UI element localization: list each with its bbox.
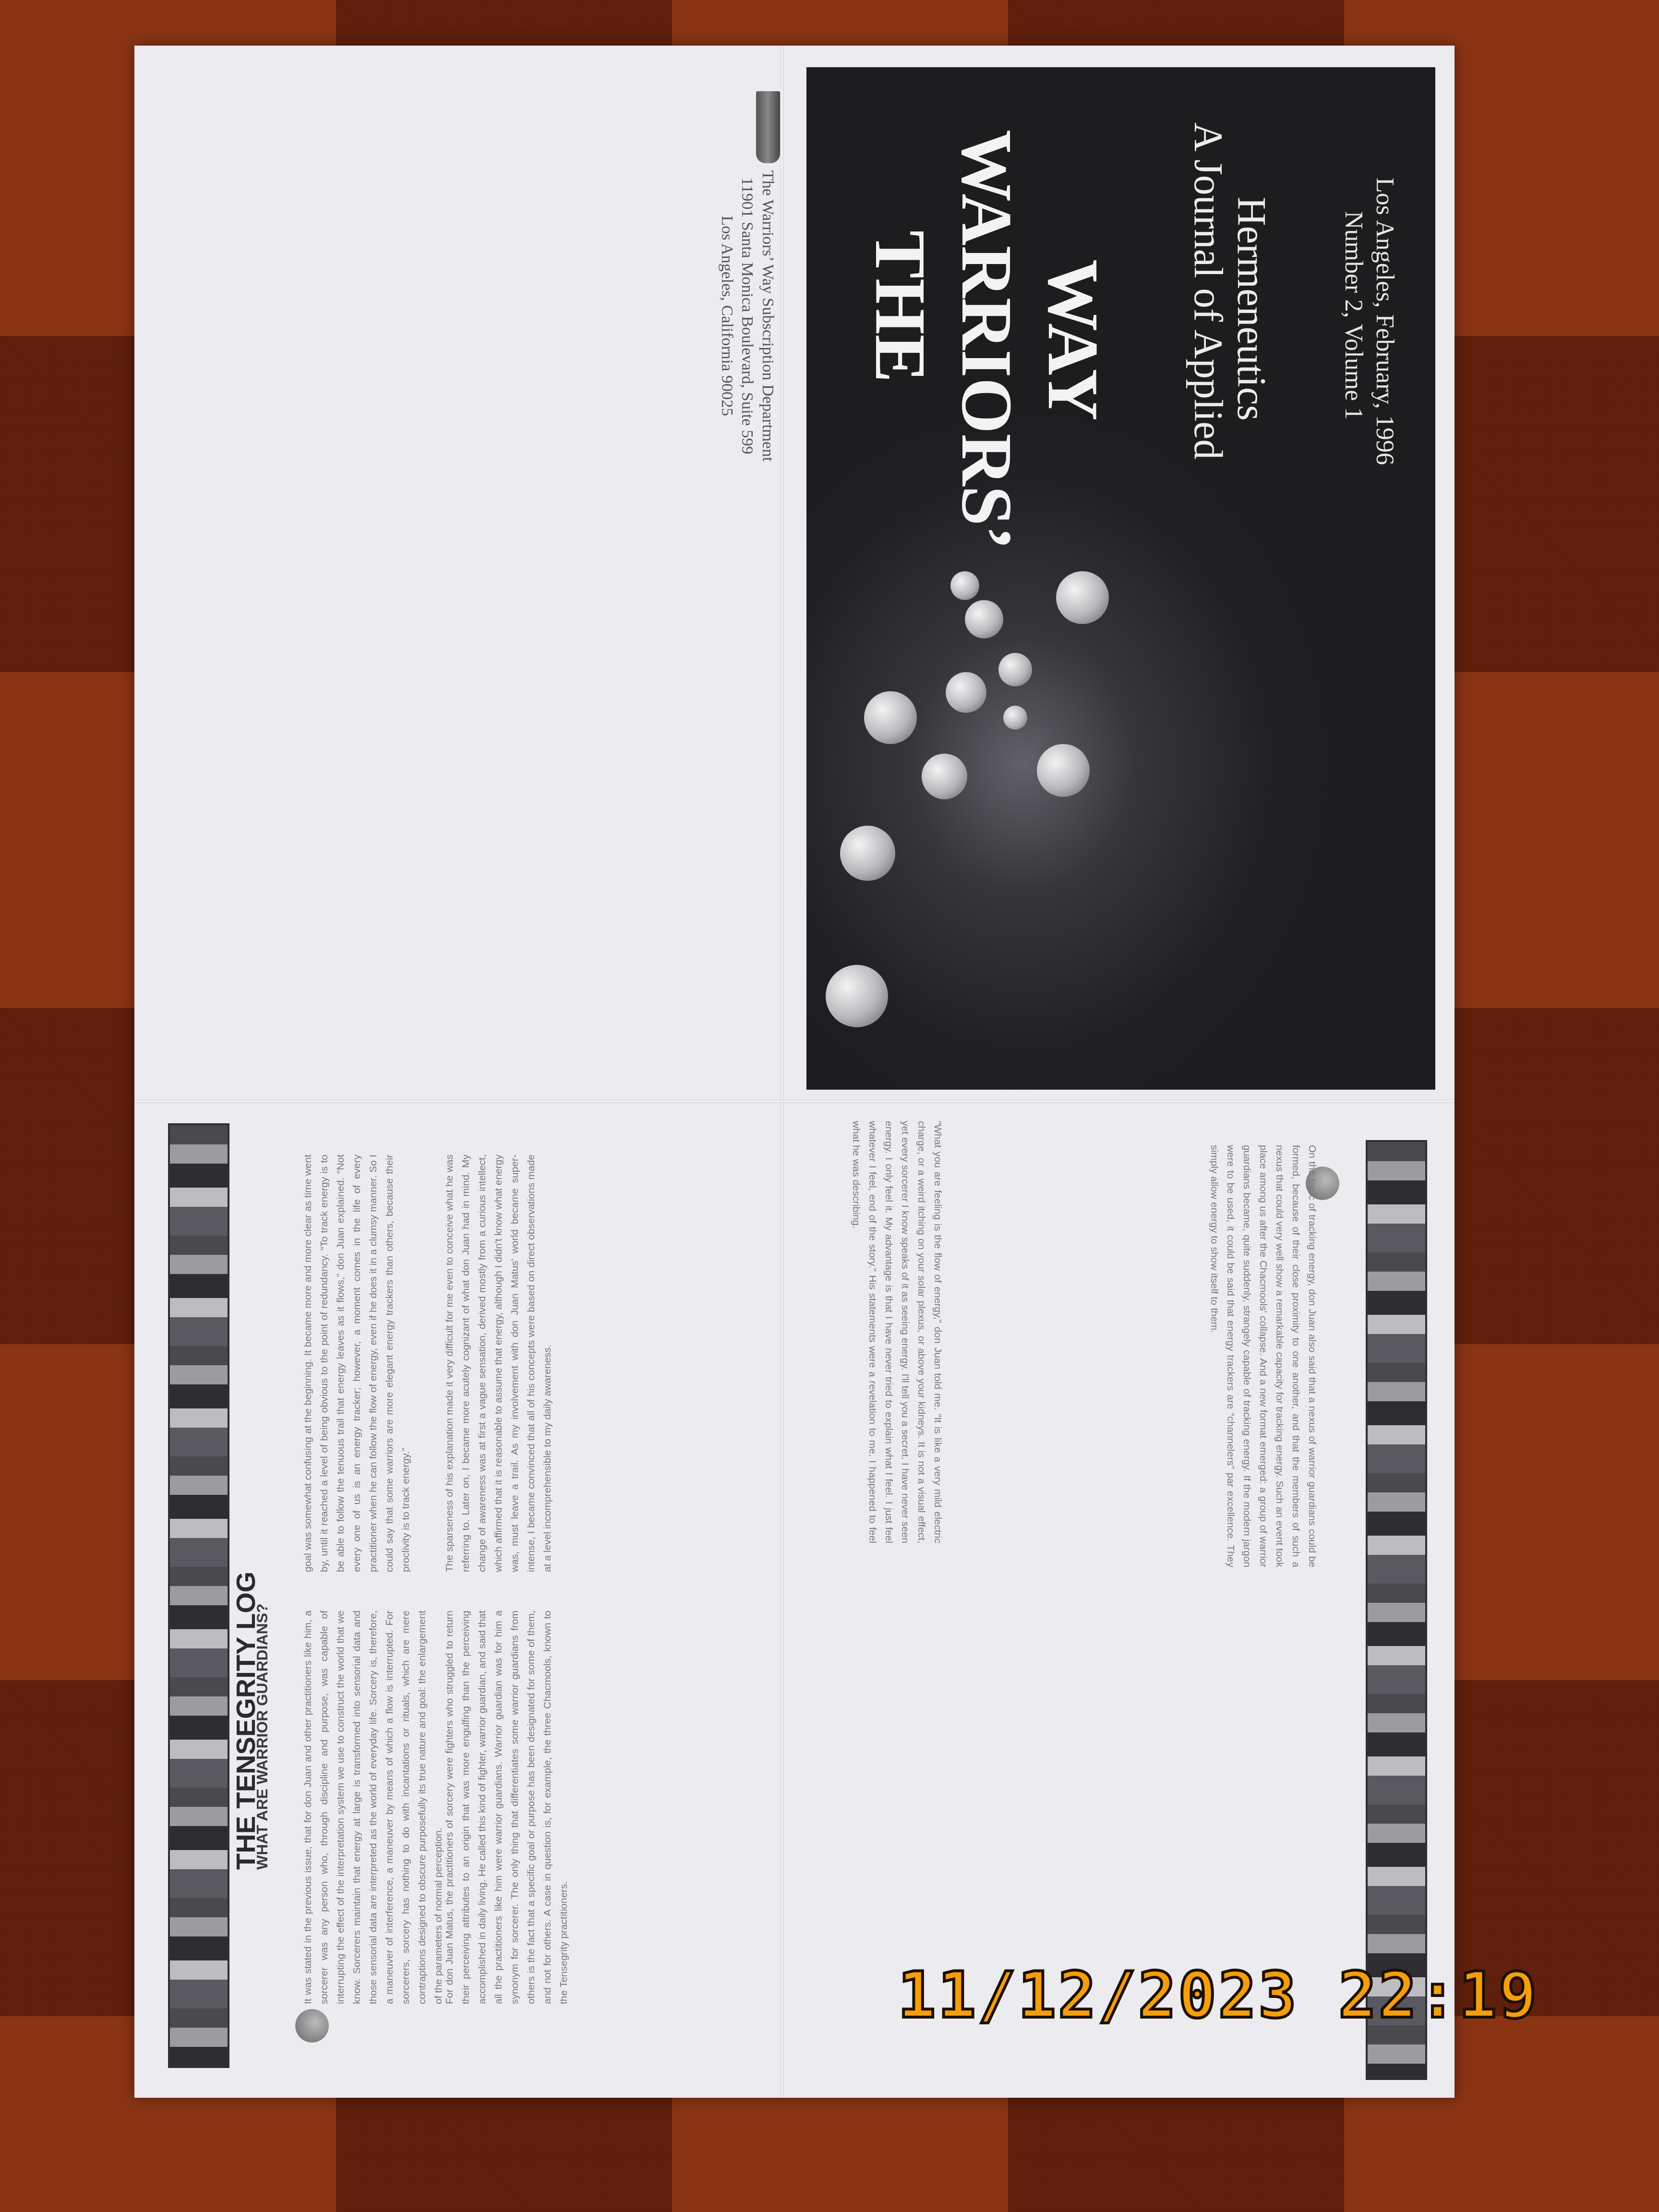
subscription-address: The Warriors’ Way Subscription Departmen… xyxy=(717,170,778,461)
cover-issue: Number 2, Volume 1 xyxy=(1338,211,1368,420)
cover-orb xyxy=(1037,744,1090,797)
article-heading: THE TENSEGRITY LOG xyxy=(238,1342,254,1870)
cover-subtitle-line2: Hermeneutics xyxy=(1230,197,1272,421)
drop-cap-mark-icon xyxy=(295,2009,329,2043)
front-cover: THE WARRIORS’ WAY A Journal of Applied H… xyxy=(806,67,1435,1090)
folded-journal-sheet: The Warriors’ Way Subscription Departmen… xyxy=(134,46,1455,2098)
address-line-1: The Warriors’ Way Subscription Departmen… xyxy=(757,170,778,461)
address-line-2: 11901 Santa Monica Boulevard, Suite 599 xyxy=(737,170,757,461)
cover-orb xyxy=(864,691,917,744)
cover-place-date: Los Angeles, February, 1996 xyxy=(1370,178,1399,465)
horizontal-fold xyxy=(134,1099,1455,1103)
cover-orb xyxy=(840,826,895,881)
article-column-1: It was stated in the previous issue, tha… xyxy=(300,1611,447,2004)
publisher-logo-icon xyxy=(756,91,780,163)
article-column-3: goal was somewhat confusing at the begin… xyxy=(300,1154,414,1572)
vertical-fold xyxy=(780,46,784,2098)
greek-key-border-right xyxy=(1366,1140,1427,2080)
cover-title-line2: WARRIORS’ xyxy=(950,130,1022,550)
cover-title-line3: WAY xyxy=(1037,259,1109,421)
article-column-5: “What you are feeling is the flow of ene… xyxy=(848,1121,946,1543)
cover-orb xyxy=(1003,706,1027,730)
cover-title-line1: THE xyxy=(864,230,936,383)
cover-orb xyxy=(998,653,1032,686)
cover-orb xyxy=(826,965,888,1027)
greek-key-border-left xyxy=(168,1123,229,2068)
cover-orb xyxy=(946,672,986,713)
article-subheading: WHAT ARE WARRIOR GUARDIANS? xyxy=(254,1342,270,1870)
cover-subtitle-line1: A Journal of Applied xyxy=(1187,122,1229,459)
cover-orb xyxy=(965,600,1003,638)
article-column-4: The sparseness of his explanation made i… xyxy=(442,1154,556,1572)
article-column-2: For don Juan Matus, the practitioners of… xyxy=(442,1611,572,2004)
camera-timestamp: 11/12/2023 22:19 xyxy=(898,1959,1539,2032)
cover-orb xyxy=(922,754,967,799)
cover-orb xyxy=(1056,571,1109,624)
article-heading-block: THE TENSEGRITY LOG WHAT ARE WARRIOR GUAR… xyxy=(238,1342,270,1870)
cover-orb xyxy=(950,571,979,600)
article-column-6: On the topic of tracking energy, don Jua… xyxy=(1206,1145,1320,1567)
address-line-3: Los Angeles, California 90025 xyxy=(717,170,737,461)
